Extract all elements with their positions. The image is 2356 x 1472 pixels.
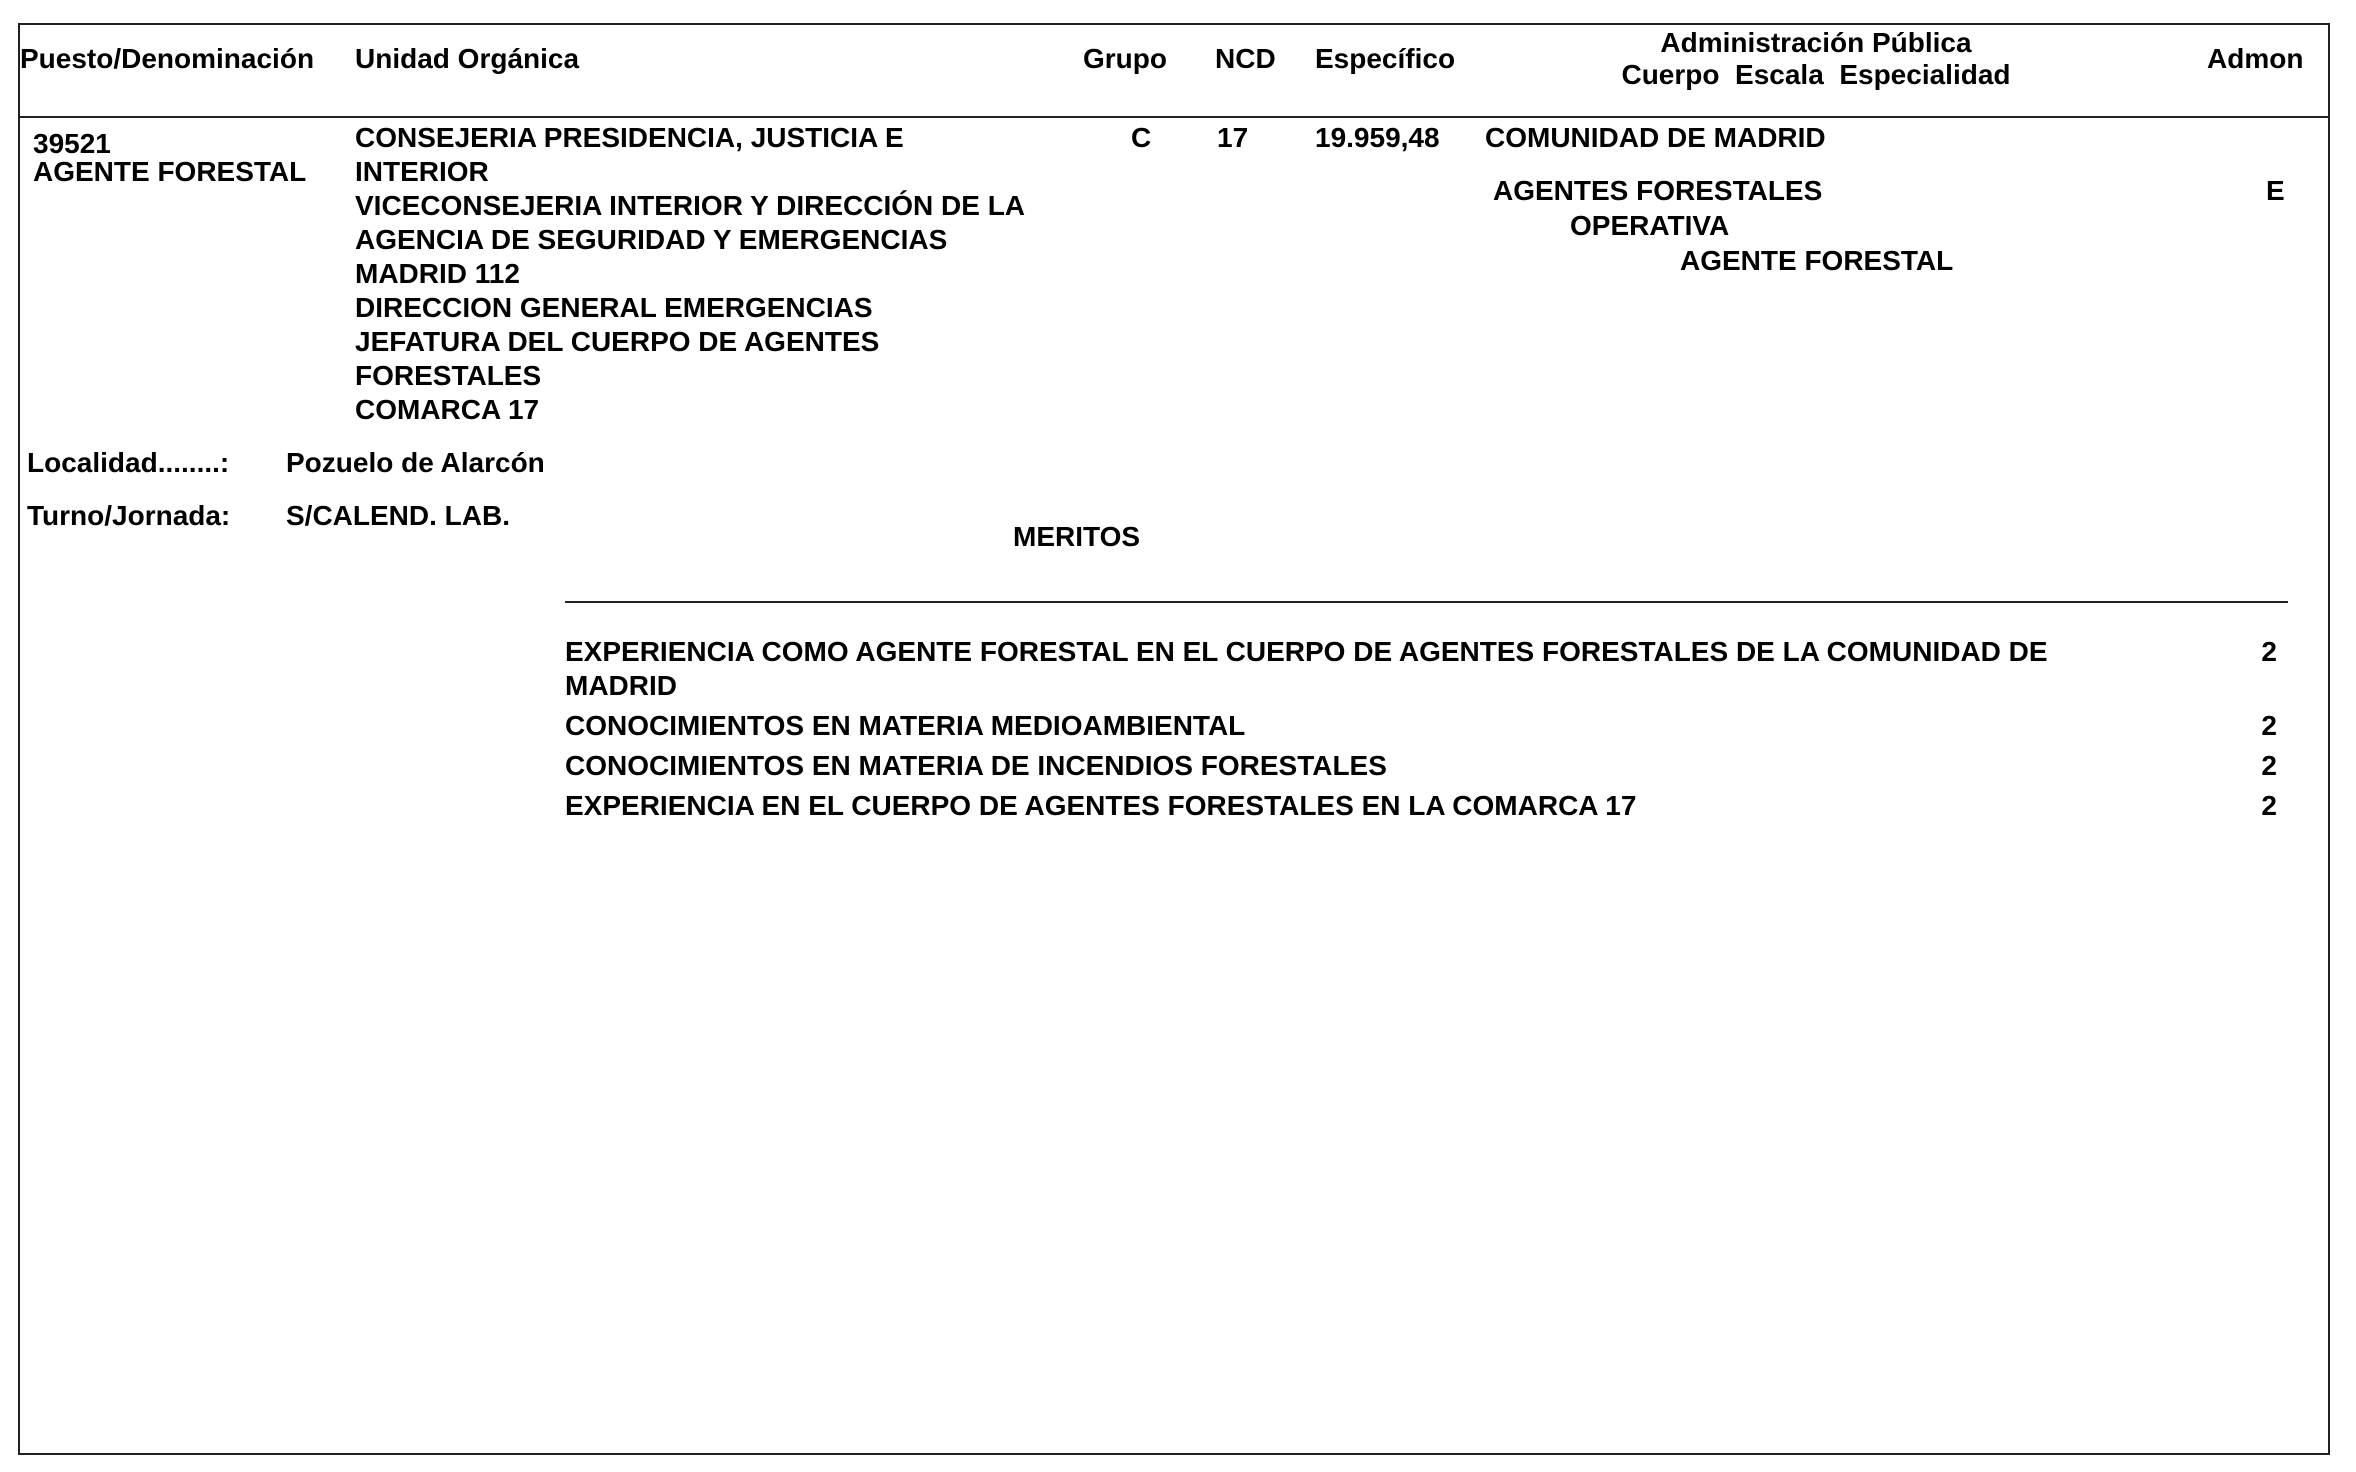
merit-score: 2 [2261,635,2277,669]
turno-label: Turno/Jornada: [27,502,230,530]
administracion-value: COMUNIDAD DE MADRID [1485,124,1826,152]
header-cuerpo-escala-especialidad: Cuerpo Escala Especialidad [1616,61,2016,89]
merit-score: 2 [2261,789,2277,823]
unidad-line: AGENCIA DE SEGURIDAD Y EMERGENCIAS [355,226,1025,260]
merit-item: EXPERIENCIA EN EL CUERPO DE AGENTES FORE… [565,789,2285,823]
unidad-line: JEFATURA DEL CUERPO DE AGENTES [355,328,1025,362]
header-administracion: Administración Pública [1616,29,2016,57]
merit-text: EXPERIENCIA COMO AGENTE FORESTAL EN EL C… [565,635,2125,703]
header-admon: Admon [2207,45,2303,73]
especifico-value: 19.959,48 [1315,124,1440,152]
meritos-title: MERITOS [1013,523,1140,551]
header-puesto: Puesto/Denominación [20,45,314,73]
merit-text: CONOCIMIENTOS EN MATERIA DE INCENDIOS FO… [565,749,2125,783]
puesto-code: 39521 [33,130,111,158]
localidad-value: Pozuelo de Alarcón [286,449,545,477]
merit-text: CONOCIMIENTOS EN MATERIA MEDIOAMBIENTAL [565,709,2125,743]
cuerpo-value: AGENTES FORESTALES [1493,177,1822,205]
puesto-name: AGENTE FORESTAL [33,158,306,186]
merit-item: CONOCIMIENTOS EN MATERIA MEDIOAMBIENTAL … [565,709,2285,743]
localidad-label: Localidad........: [27,449,229,477]
header-ncd: NCD [1215,45,1276,73]
turno-value: S/CALEND. LAB. [286,502,510,530]
merit-text: EXPERIENCIA EN EL CUERPO DE AGENTES FORE… [565,789,2125,823]
especialidad-value: AGENTE FORESTAL [1680,247,1953,275]
unidad-organica: CONSEJERIA PRESIDENCIA, JUSTICIA E INTER… [355,124,1025,430]
escala-value: OPERATIVA [1570,212,1729,240]
unidad-line: INTERIOR [355,158,1025,192]
meritos-list: EXPERIENCIA COMO AGENTE FORESTAL EN EL C… [565,635,2285,829]
ncd-value: 17 [1217,124,1248,152]
merit-item: EXPERIENCIA COMO AGENTE FORESTAL EN EL C… [565,635,2285,703]
admon-value: E [2266,177,2285,205]
unidad-line: FORESTALES [355,362,1025,396]
unidad-line: MADRID 112 [355,260,1025,294]
meritos-divider [565,601,2288,603]
unidad-line: CONSEJERIA PRESIDENCIA, JUSTICIA E [355,124,1025,158]
header-especifico: Específico [1315,45,1455,73]
header-unidad: Unidad Orgánica [355,45,579,73]
header-divider [18,116,2330,118]
merit-score: 2 [2261,709,2277,743]
header-grupo: Grupo [1083,45,1167,73]
merit-score: 2 [2261,749,2277,783]
unidad-line: COMARCA 17 [355,396,1025,430]
unidad-line: VICECONSEJERIA INTERIOR Y DIRECCIÓN DE L… [355,192,1025,226]
merit-item: CONOCIMIENTOS EN MATERIA DE INCENDIOS FO… [565,749,2285,783]
grupo-value: C [1131,124,1151,152]
unidad-line: DIRECCION GENERAL EMERGENCIAS [355,294,1025,328]
